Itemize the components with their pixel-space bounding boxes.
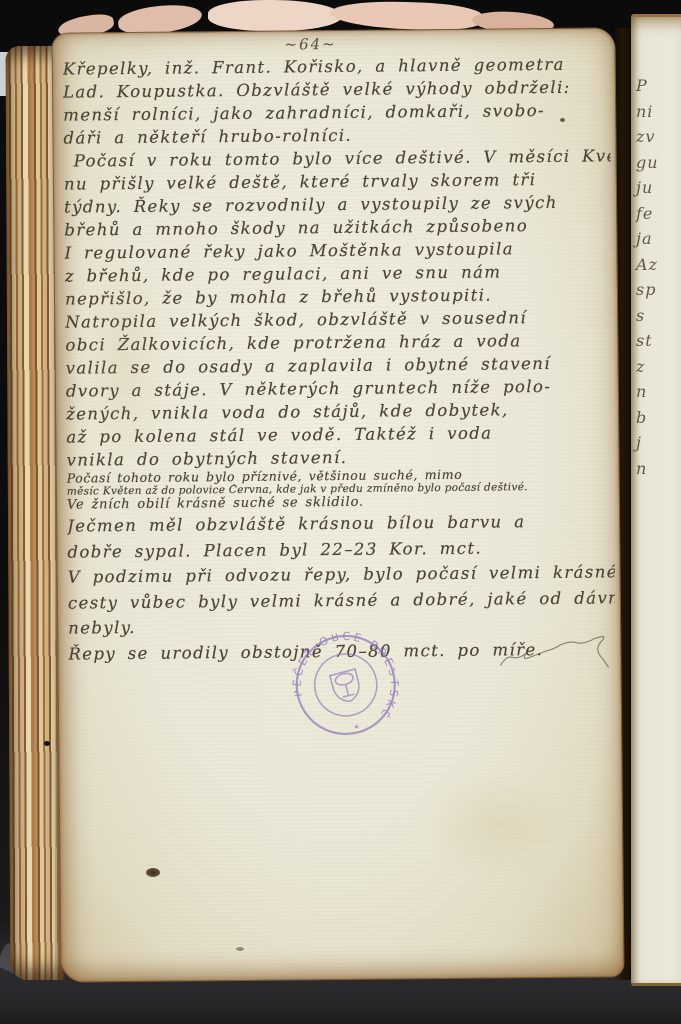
handwriting-fragment: zv — [636, 124, 681, 150]
handwriting-fragment: gu — [636, 150, 681, 176]
handwriting-fragment: Az — [636, 252, 681, 278]
signature-scribble — [492, 634, 622, 685]
handwriting-fragment: ni — [636, 99, 681, 125]
handwriting-fragment: n — [636, 379, 681, 405]
handwriting-fragment: sp — [636, 277, 681, 303]
stamp-shield-tree-emblem — [330, 669, 363, 705]
ink-speck — [236, 947, 244, 951]
page-crease-line — [55, 640, 57, 970]
ink-stain — [146, 868, 160, 877]
handwriting-fragment: z — [636, 354, 681, 380]
next-page-text-fragments: PnizvgujufejaAzspsstznbjn — [631, 17, 681, 481]
handwriting-fragment: P — [636, 73, 681, 99]
handwriting-fragment: s — [636, 303, 681, 329]
handwriting-fragment: fe — [636, 201, 681, 227]
ink-speck — [560, 118, 565, 122]
torn-page-edge — [208, 0, 342, 31]
handwriting-fragment: n — [636, 456, 681, 482]
handwriting-fragment: b — [636, 405, 681, 431]
handwriting-fragment: st — [636, 328, 681, 354]
torn-page-edge — [330, 0, 483, 32]
handwriting-fragment: ju — [636, 175, 681, 201]
ink-speck — [44, 741, 50, 746]
handwritten-line: cesty vůbec byly velmi krásné a dobré, j… — [68, 585, 615, 616]
handwriting-fragment: j — [636, 430, 681, 456]
next-page-sliver: PnizvgujufejaAzspsstznbjn — [631, 14, 681, 986]
foxing-stain — [420, 770, 570, 880]
stamp-separator-star: ✶ — [352, 722, 361, 732]
foxing-stain — [80, 250, 170, 470]
handwriting-fragment: ja — [636, 226, 681, 252]
